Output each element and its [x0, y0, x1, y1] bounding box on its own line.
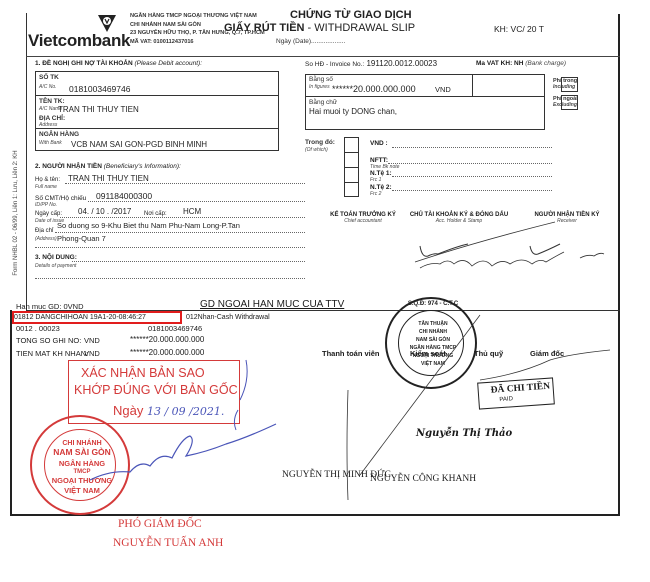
total-debit-label: TONG SO GHI NO: [16, 336, 81, 345]
account-name-label: TÊN TK: [39, 98, 65, 105]
frame-left-border [26, 13, 27, 310]
form-side-label: Form NHBL 02 - 06/99, Liên 1: Lưu, Liên … [13, 133, 19, 293]
cash-received-value: ******20.000.000.000 [130, 348, 204, 357]
frame-bottom-border [10, 514, 620, 516]
beneficiary-name: TRAN THI THUY TIEN [68, 174, 149, 183]
total-debit-value: ******20.000.000.000 [130, 335, 204, 344]
address-label: ĐỊA CHỈ: [39, 115, 65, 122]
bank-branch-stamp: S.Q.Đ: 974 - C.T.C TÂN THUẬN CHI NHÁNH N… [385, 297, 477, 389]
issue-date: 04. / 10 . /2017 [78, 207, 131, 216]
highlight-box [12, 311, 182, 324]
amount-box [305, 74, 545, 130]
transaction-limit-note: GD NGOAI HAN MUC CUA TTV [200, 299, 344, 310]
branch-red-stamp: CHI NHÁNH NAM SÀI GÒN NGÂN HÀNG TMCP NGO… [30, 415, 130, 515]
bank-logo-text: Vietcombank [28, 31, 130, 51]
vat-bank-charge: Ma VAT KH: NH (Bank charge) [476, 60, 566, 67]
figures-label: Bằng số [309, 76, 333, 83]
invoice-ref: So HĐ - Invoice No.: 191120.0012.00023 [305, 59, 437, 68]
document-title: CHỨNG TỪ GIAO DỊCH [290, 9, 412, 21]
cashier-name: Nguyễn Thị Thảo [416, 428, 512, 439]
document-subtitle: GIẤY RÚT TIỀN - WITHDRAWAL SLIP [224, 22, 415, 34]
section2-title: 2. NGƯỜI NHẬN TIỀN (Beneficiary's Inform… [35, 163, 181, 170]
amount-words: Hai muoi ty DONG chan, [309, 107, 397, 116]
issue-place: HCM [183, 207, 201, 216]
account-no-label: SỐ TK [39, 74, 59, 81]
frame-left-lower-border [10, 310, 12, 515]
section1-title: 1. ĐỀ NGHỊ GHI NỢ TÀI KHOẢN (Please Debi… [35, 60, 202, 67]
id-label: Số CMT/Hộ chiếu [35, 195, 86, 202]
header-divider [26, 56, 620, 57]
transaction-ref: 0012 . 00023 [16, 324, 60, 333]
date-field: Ngày (Date)................... [276, 38, 345, 45]
beneficiary-address-2: Phong-Quan 7 [57, 234, 106, 243]
transaction-account: 0181003469746 [148, 324, 202, 333]
amount-currency: VND [435, 85, 451, 94]
fee-including-checkbox[interactable] [561, 77, 578, 92]
cash-received-label: TIEN MAT KH NHAN: [16, 349, 88, 358]
deputy-director-name: NGUYỄN TUẤN ANH [113, 537, 223, 549]
beneficiary-address-1: So duong so 9-Khu Biet thu Nam Phu-Nam L… [57, 221, 240, 230]
words-label: Bằng chữ [309, 99, 337, 106]
form-code: KH: VC/ 20 T [494, 24, 544, 34]
breakdown-nftt: NFTT: [370, 157, 388, 164]
fullname-label: Họ & tên: [35, 177, 60, 183]
of-which-label: Trong đó: [305, 139, 335, 146]
section3-title: 3. NỘI DUNG: [35, 254, 77, 261]
bank-label: NGÂN HÀNG [39, 131, 79, 138]
amount-figures: ******20.000.000.000 [332, 84, 416, 94]
fee-excluding-checkbox[interactable] [561, 95, 578, 110]
controller-name: NGUYỄN CÔNG KHANH [370, 474, 476, 484]
sig-chief-accountant: KẾ TOÁN TRƯỞNG KÝ Chief accountant [318, 212, 408, 224]
issue-date-label: Ngày cấp: [35, 211, 62, 217]
transaction-limit: Han muc GD: 0VND [16, 302, 84, 311]
deputy-director-title: PHÓ GIÁM ĐỐC [118, 518, 202, 530]
paid-stamp: ĐÃ CHI TIỀN PAID [477, 377, 555, 409]
beneficiary-address-label: Địa chỉ [35, 228, 53, 234]
beneficiary-id: 091184000300 [96, 191, 152, 201]
sig-receiver: NGƯỜI NHẬN TIỀN KÝ Receiver [522, 212, 612, 224]
frame-right-border [618, 14, 620, 515]
total-debit-currency: VND [84, 336, 100, 345]
transaction-type: 012Nhan-Cash Withdrawal [186, 314, 270, 321]
copy-confirmation-stamp: XÁC NHẬN BẢN SAO KHỚP ĐÚNG VỚI BẢN GỐC N… [68, 360, 240, 424]
role-director: Giám đốc [530, 349, 564, 358]
account-name-value: TRAN THI THUY TIEN [58, 105, 139, 114]
cash-received-currency: VND [84, 349, 100, 358]
account-no-value: 0181003469746 [69, 84, 130, 94]
breakdown-frc1: N.Tệ 1: [370, 170, 392, 177]
bank-value: VCB NAM SAI GON-PGD BINH MINH [71, 140, 207, 149]
sig-account-holder: CHỦ TÀI KHOẢN KÝ & ĐÓNG DẤU Acc. Holder … [404, 212, 514, 224]
role-teller: Thanh toán viên [322, 349, 380, 358]
breakdown-vnd: VND : [370, 140, 388, 147]
breakdown-frc2: N.Tệ 2: [370, 184, 392, 191]
